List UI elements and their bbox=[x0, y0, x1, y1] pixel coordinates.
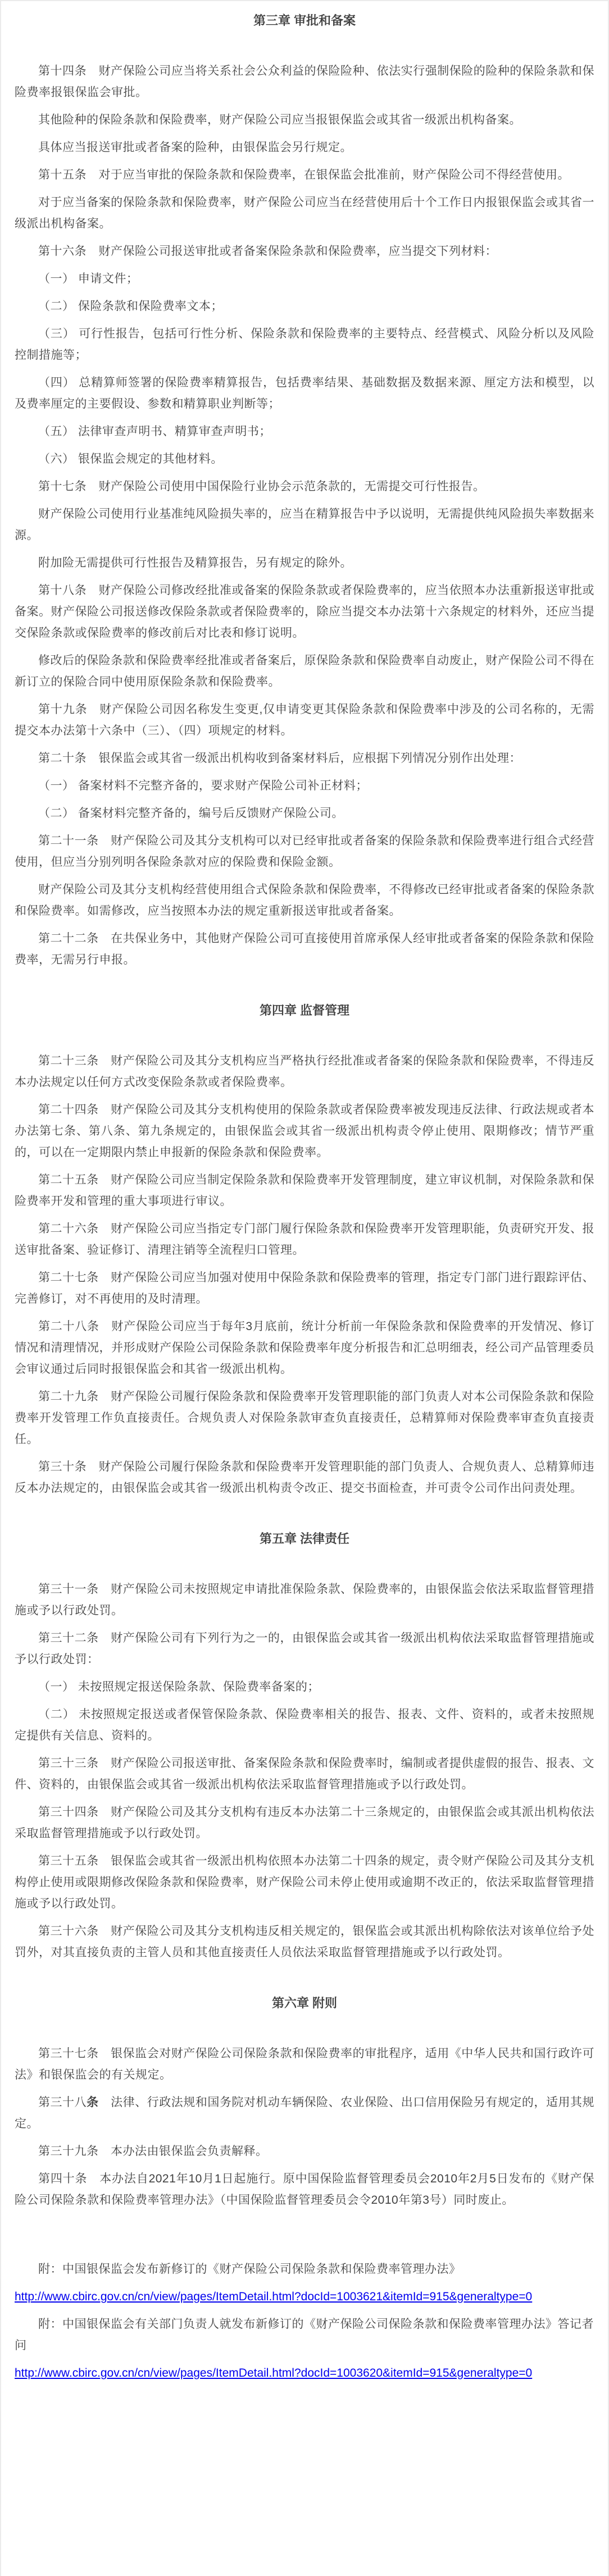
paragraph: 财产保险公司使用行业基准纯风险损失率的，应当在精算报告中予以说明，无需提供纯风险… bbox=[15, 504, 594, 546]
paragraph: 第二十四条 财产保险公司及其分支机构使用的保险条款或者保险费率被发现违反法律、行… bbox=[15, 1099, 594, 1163]
paragraph: 第十七条 财产保险公司使用中国保险行业协会示范条款的，无需提交可行性报告。 bbox=[15, 476, 594, 497]
paragraph: 附加险无需提供可行性报告及精算报告，另有规定的除外。 bbox=[15, 552, 594, 574]
paragraph: （一） 未按照规定报送保险条款、保险费率备案的； bbox=[15, 1677, 594, 1698]
paragraph: 第十五条 对于应当审批的保险条款和保险费率，在银保监会批准前，财产保险公司不得经… bbox=[15, 165, 594, 186]
document-body: 第三章 审批和备案 第十四条 财产保险公司应当将关系社会公众利益的保险险种、依法… bbox=[15, 10, 594, 2211]
paragraph: 具体应当报送审批或者备案的险种，由银保监会另行规定。 bbox=[15, 137, 594, 158]
section-body: 第三十一条 财产保险公司未按照规定申请批准保险条款、保险费率的，由银保监会依法采… bbox=[15, 1579, 594, 1963]
paragraph: （五） 法律审查声明书、精算审查声明书； bbox=[15, 421, 594, 442]
section-body: 第十四条 财产保险公司应当将关系社会公众利益的保险险种、依法实行强制保险的险种的… bbox=[15, 61, 594, 971]
chapter-section: 第五章 法律责任 第三十一条 财产保险公司未按照规定申请批准保险条款、保险费率的… bbox=[15, 1528, 594, 1963]
section-body: 第二十三条 财产保险公司及其分支机构应当严格执行经批准或者备案的保险条款和保险费… bbox=[15, 1051, 594, 1499]
paragraph: （三） 可行性报告，包括可行性分析、保险条款和保险费率的主要特点、经营模式、风险… bbox=[15, 323, 594, 366]
paragraph: （二） 保险条款和保险费率文本； bbox=[15, 296, 594, 317]
paragraph: 第十六条 财产保险公司报送审批或者备案保险条款和保险费率，应当提交下列材料： bbox=[15, 241, 594, 262]
attachment-link[interactable]: http://www.cbirc.gov.cn/cn/view/pages/It… bbox=[15, 2290, 532, 2303]
paragraph: 第十八条 财产保险公司修改经批准或备案的保险条款或者保险费率的，应当依照本办法重… bbox=[15, 580, 594, 644]
paragraph: 第二十九条 财产保险公司履行保险条款和保险费率开发管理职能的部门负责人对本公司保… bbox=[15, 1386, 594, 1450]
paragraph: 第二十八条 财产保险公司应当于每年3月底前，统计分析前一年保险条款和保险费率的开… bbox=[15, 1316, 594, 1380]
paragraph: 第三十三条 财产保险公司报送审批、备案保险条款和保险费率时，编制或者提供虚假的报… bbox=[15, 1753, 594, 1796]
paragraph: 第三十条 财产保险公司履行保险条款和保险费率开发管理职能的部门负责人、合规负责人… bbox=[15, 1456, 594, 1499]
paragraph: 第二十三条 财产保险公司及其分支机构应当严格执行经批准或者备案的保险条款和保险费… bbox=[15, 1051, 594, 1093]
paragraph: （一） 申请文件； bbox=[15, 268, 594, 290]
attachment-item: 附：中国银保监会发布新修订的《财产保险公司保险条款和保险费率管理办法》 http… bbox=[15, 2259, 594, 2308]
paragraph: （一） 备案材料不完整齐备的，要求财产保险公司补正材料； bbox=[15, 775, 594, 797]
paragraph: （四） 总精算师签署的保险费率精算报告，包括费率结果、基础数据及数据来源、厘定方… bbox=[15, 372, 594, 415]
paragraph: 第三十七条 银保监会对财产保险公司保险条款和保险费率的审批程序，适用《中华人民共… bbox=[15, 2043, 594, 2086]
paragraph: 第二十五条 财产保险公司应当制定保险条款和保险费率开发管理制度，建立审议机制，对… bbox=[15, 1170, 594, 1212]
paragraph: 第三十五条 银保监会或其省一级派出机构依照本办法第二十四条的规定，责令财产保险公… bbox=[15, 1851, 594, 1915]
paragraph: （六） 银保监会规定的其他材料。 bbox=[15, 449, 594, 470]
chapter-heading: 第六章 附则 bbox=[15, 1993, 594, 2014]
paragraph: 第三十二条 财产保险公司有下列行为之一的，由银保监会或其省一级派出机构依法采取监… bbox=[15, 1628, 594, 1670]
paragraph: 财产保险公司及其分支机构经营使用组合式保险条款和保险费率，不得修改已经审批或者备… bbox=[15, 879, 594, 922]
paragraph: 第二十一条 财产保险公司及其分支机构可以对已经审批或者备案的保险条款和保险费率进… bbox=[15, 830, 594, 873]
chapter-heading: 第三章 审批和备案 bbox=[15, 10, 594, 31]
paragraph: 修改后的保险条款和保险费率经批准或者备案后，原保险条款和保险费率自动废止，财产保… bbox=[15, 650, 594, 693]
paragraph: 第三十一条 财产保险公司未按照规定申请批准保险条款、保险费率的，由银保监会依法采… bbox=[15, 1579, 594, 1622]
paragraph: 第三十九条 本办法由银保监会负责解释。 bbox=[15, 2141, 594, 2162]
paragraph: 第三十六条 财产保险公司及其分支机构违反相关规定的，银保监会或其派出机构除依法对… bbox=[15, 1921, 594, 1963]
attachment-label: 附：中国银保监会发布新修订的《财产保险公司保险条款和保险费率管理办法》 bbox=[15, 2259, 594, 2280]
paragraph: 第二十七条 财产保险公司应当加强对使用中保险条款和保险费率的管理，指定专门部门进… bbox=[15, 1267, 594, 1310]
paragraph: 第十四条 财产保险公司应当将关系社会公众利益的保险险种、依法实行强制保险的险种的… bbox=[15, 61, 594, 103]
paragraph: （二） 备案材料完整齐备的，编号后反馈财产保险公司。 bbox=[15, 803, 594, 824]
paragraph: 其他险种的保险条款和保险费率，财产保险公司应当报银保监会或其省一级派出机构备案。 bbox=[15, 109, 594, 131]
chapter-section: 第四章 监督管理 第二十三条 财产保险公司及其分支机构应当严格执行经批准或者备案… bbox=[15, 1000, 594, 1499]
attachment-link-line: http://www.cbirc.gov.cn/cn/view/pages/It… bbox=[15, 2286, 594, 2308]
attachment-label: 附：中国银保监会有关部门负责人就发布新修订的《财产保险公司保险条款和保险费率管理… bbox=[15, 2314, 594, 2356]
chapter-heading: 第四章 监督管理 bbox=[15, 1000, 594, 1021]
paragraph: （二） 未按照规定报送或者保管保险条款、保险费率相关的报告、报表、文件、资料的，… bbox=[15, 1704, 594, 1747]
paragraph: 第三十八条 法律、行政法规和国务院对机动车辆保险、农业保险、出口信用保险另有规定… bbox=[15, 2092, 594, 2135]
attachment-link[interactable]: http://www.cbirc.gov.cn/cn/view/pages/It… bbox=[15, 2367, 532, 2379]
chapter-section: 第三章 审批和备案 第十四条 财产保险公司应当将关系社会公众利益的保险险种、依法… bbox=[15, 10, 594, 971]
chapter-heading: 第五章 法律责任 bbox=[15, 1528, 594, 1550]
attachment-link-line: http://www.cbirc.gov.cn/cn/view/pages/It… bbox=[15, 2363, 594, 2384]
section-body: 第三十七条 银保监会对财产保险公司保险条款和保险费率的审批程序，适用《中华人民共… bbox=[15, 2043, 594, 2211]
attachment-item: 附：中国银保监会有关部门负责人就发布新修订的《财产保险公司保险条款和保险费率管理… bbox=[15, 2314, 594, 2384]
paragraph: 第十九条 财产保险公司因名称发生变更,仅申请变更其保险条款和保险费率中涉及的公司… bbox=[15, 699, 594, 742]
paragraph: 对于应当备案的保险条款和保险费率，财产保险公司应当在经营使用后十个工作日内报银保… bbox=[15, 192, 594, 235]
paragraph: 第三十四条 财产保险公司及其分支机构有违反本办法第二十三条规定的，由银保监会或其… bbox=[15, 1802, 594, 1844]
paragraph: 第二十六条 财产保险公司应当指定专门部门履行保险条款和保险费率开发管理职能，负责… bbox=[15, 1218, 594, 1261]
attachments-block: 附：中国银保监会发布新修订的《财产保险公司保险条款和保险费率管理办法》 http… bbox=[15, 2259, 594, 2384]
paragraph: 第二十二条 在共保业务中，其他财产保险公司可直接使用首席承保人经审批或者备案的保… bbox=[15, 928, 594, 971]
paragraph: 第二十条 银保监会或其省一级派出机构收到备案材料后，应根据下列情况分别作出处理： bbox=[15, 748, 594, 769]
paragraph: 第四十条 本办法自2021年10月1日起施行。原中国保险监督管理委员会2010年… bbox=[15, 2168, 594, 2211]
document-page: 第三章 审批和备案 第十四条 财产保险公司应当将关系社会公众利益的保险险种、依法… bbox=[0, 0, 609, 2576]
chapter-section: 第六章 附则 第三十七条 银保监会对财产保险公司保险条款和保险费率的审批程序，适… bbox=[15, 1993, 594, 2211]
